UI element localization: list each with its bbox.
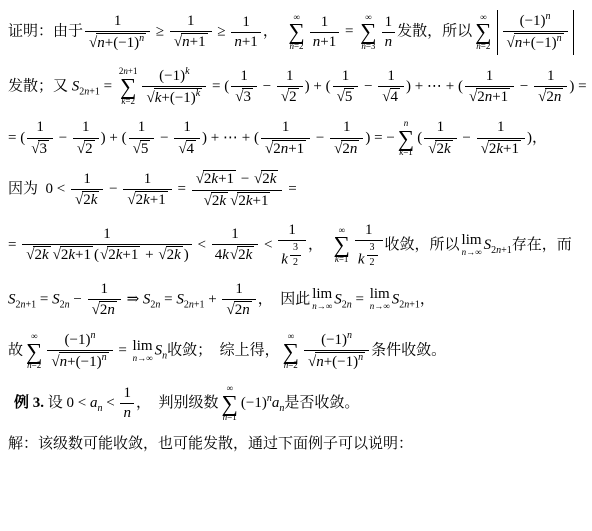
numerator: 1 <box>120 385 134 404</box>
radicand: 2n <box>234 301 252 319</box>
radicand: 2k <box>435 140 452 158</box>
numerator: 1 <box>85 13 150 32</box>
denominator: √2 <box>73 139 99 158</box>
summation: ∞∑k=1 <box>333 226 349 265</box>
sqrt: √3 <box>31 140 49 158</box>
denominator: √4 <box>174 139 200 158</box>
variable: k <box>281 251 288 267</box>
radicand: n+1 <box>181 33 207 51</box>
sqrt: √2k <box>254 170 278 188</box>
radicand: 2 <box>84 140 95 158</box>
variable: n <box>139 33 144 44</box>
summation: ∞∑n=1 <box>221 384 237 423</box>
radicand: 4 <box>186 140 197 158</box>
superscript: k <box>185 66 189 77</box>
variable: n <box>123 405 131 421</box>
variable: n <box>27 360 32 370</box>
radicand: 3 <box>242 88 253 106</box>
sqrt: √5 <box>133 140 151 158</box>
sqrt: √2k+1 <box>100 246 140 264</box>
numerator: 1 <box>465 68 514 87</box>
denominator: √2 <box>277 87 303 106</box>
radicand: 2k+1 <box>203 170 236 188</box>
radicand: 2k <box>166 246 183 264</box>
numerator: 1 <box>277 68 303 87</box>
denominator: √n+(−1)n <box>47 351 112 371</box>
denominator: √2n <box>88 300 121 319</box>
sigma-icon: ∑ <box>360 22 376 42</box>
fraction: 1√2k <box>424 119 456 158</box>
fraction: √2k+1 − √2k√2k√2k+1 <box>192 170 283 210</box>
variable: k <box>246 247 253 263</box>
proof-line-1: 证明：由于1√n+(−1)n ≥ 1√n+1 ≥ 1n+1， ∞∑n=21n+1… <box>8 10 586 55</box>
radicand: n+(−1)n <box>59 352 109 371</box>
limit: limn→∞ <box>370 287 390 312</box>
radicand: 2n <box>545 88 563 106</box>
numerator: 1 <box>231 68 257 87</box>
variable: n <box>90 330 95 341</box>
numerator: 1 <box>129 119 155 138</box>
fraction: 1√n+(−1)n <box>85 13 150 53</box>
numerator: 3 <box>290 242 301 256</box>
fraction: 1√4 <box>174 119 200 158</box>
summation: ∞∑n=2 <box>283 332 299 371</box>
limit: limn→∞ <box>312 287 332 312</box>
fraction: 32 <box>367 242 378 268</box>
sigma-icon: ∑ <box>283 342 299 362</box>
sum-lower-limit: n=2 <box>476 42 490 52</box>
variable: n <box>133 353 138 363</box>
denominator: √2n <box>222 300 255 319</box>
radicand: 2n+1 <box>272 140 306 158</box>
document-page: 证明：由于1√n+(−1)n ≥ 1√n+1 ≥ 1n+1， ∞∑n=21n+1… <box>0 0 592 531</box>
fraction: 14k√2k <box>212 226 259 265</box>
sqrt: √2n <box>92 301 117 319</box>
radicand: 2n+1 <box>476 88 510 106</box>
variable: S <box>155 343 163 359</box>
sqrt: √2k+1 <box>127 191 167 209</box>
variable: k <box>211 171 218 187</box>
numerator: 1 <box>22 226 192 245</box>
radicand: 2k <box>211 192 228 210</box>
example3-solution-intro: 解：该级数可能收敛，也可能发散，通过下面例子可以说明： <box>8 435 586 454</box>
sigma-icon: ∑ <box>398 129 414 149</box>
subscript: n <box>97 403 102 414</box>
sqrt: √k+(−1)k <box>146 88 202 107</box>
subscript: 2n+1 <box>491 245 512 256</box>
numerator: 1 <box>378 68 404 87</box>
lim-subscript: n→∞ <box>370 302 390 312</box>
variable: n <box>370 301 375 311</box>
radicand: 2k+1 <box>107 246 140 264</box>
sqrt: √2n <box>538 88 563 106</box>
numerator: 1 <box>330 119 363 138</box>
fraction: 1n <box>382 14 396 52</box>
variable: k <box>335 254 339 264</box>
fraction: 1√2 <box>277 68 303 107</box>
summation: ∞∑n=2 <box>26 332 42 371</box>
denominator: √2k√2k+1(√2k+1 + √2k) <box>22 245 192 264</box>
fraction: 1√2k <box>71 171 103 210</box>
proof-line-3: = (1√3 − 1√2) + (1√5 − 1√4) + ⋯ + (1√2n+… <box>8 119 586 158</box>
sqrt: √2k+1 <box>230 192 270 210</box>
superscript: n <box>102 352 107 363</box>
numerator: 1 <box>424 119 456 138</box>
lim-label: lim <box>312 287 332 302</box>
radicand: 2k <box>82 191 99 209</box>
denominator: √2k√2k+1 <box>192 191 283 210</box>
numerator: 1 <box>382 14 396 33</box>
sqrt: √2n <box>334 140 359 158</box>
variable: k <box>42 247 49 263</box>
subscript: n <box>279 403 284 414</box>
denominator: n+1 <box>231 33 260 51</box>
sum-lower-limit: n=3 <box>361 42 375 52</box>
sqrt: √2k <box>230 246 254 264</box>
variable: k <box>444 141 451 157</box>
denominator: 4k√2k <box>212 245 259 264</box>
numerator: √2k+1 − √2k <box>192 170 283 190</box>
variable: k <box>155 90 162 106</box>
sqrt: √5 <box>337 88 355 106</box>
radicand: 5 <box>140 140 151 158</box>
denominator: √n+(−1)n <box>85 32 150 52</box>
variable: k <box>270 171 277 187</box>
summation: 2n+1∑k=2 <box>119 67 138 106</box>
numerator: (−1)k <box>142 67 206 87</box>
subscript: 2n+1 <box>16 299 37 310</box>
radicand: n+(−1)n <box>315 352 365 371</box>
bold-text: 例 3. <box>14 395 44 411</box>
sqrt: √3 <box>235 88 253 106</box>
variable: k <box>116 247 123 263</box>
variable: k <box>496 141 503 157</box>
denominator: √n+1 <box>170 32 212 51</box>
numerator: 3 <box>367 242 378 256</box>
sqrt: √4 <box>178 140 196 158</box>
variable: n <box>350 141 358 157</box>
lim-subscript: n→∞ <box>312 302 332 312</box>
fraction: 1√2n <box>534 68 567 107</box>
radicand: 2k <box>237 246 254 264</box>
variable: k <box>246 193 253 209</box>
denominator: k32 <box>278 241 306 269</box>
variable: n <box>60 354 68 370</box>
summation: ∞∑n=2 <box>475 13 491 52</box>
radicand: 2k <box>33 246 50 264</box>
numerator: 1 <box>222 281 255 300</box>
variable: n <box>313 34 321 50</box>
variable: k <box>219 193 226 209</box>
variable: S <box>52 291 60 307</box>
sigma-icon: ∑ <box>288 22 304 42</box>
superscript: k <box>196 88 200 99</box>
fraction: (−1)k√k+(−1)k <box>142 67 206 108</box>
denominator: 2 <box>290 256 301 269</box>
numerator: 1 <box>231 14 260 33</box>
variable: k <box>222 247 229 263</box>
variable: k <box>91 192 98 208</box>
sqrt: √4 <box>382 88 400 106</box>
fraction: (−1)n√n+(−1)n <box>304 331 369 372</box>
lim-label: lim <box>370 287 390 302</box>
variable: n <box>97 403 102 414</box>
superscript: 32 <box>288 249 303 260</box>
sqrt: √2n+1 <box>265 140 306 158</box>
fraction: 1√2n+1 <box>465 68 514 107</box>
variable: k <box>358 251 365 267</box>
fraction: 1√2 <box>73 119 99 158</box>
sum-lower-limit: n=2 <box>284 361 298 371</box>
variable: k <box>143 192 150 208</box>
fraction: 1√2k√2k+1(√2k+1 + √2k) <box>22 226 192 265</box>
variable: n <box>312 301 317 311</box>
sum-lower-limit: n=2 <box>289 42 303 52</box>
denominator: √2k+1 <box>123 190 171 209</box>
lim-label: lim <box>462 233 482 248</box>
denominator: √5 <box>129 139 155 158</box>
proof-line-5: = 1√2k√2k+1(√2k+1 + √2k) < 14k√2k < 1k32… <box>8 222 586 269</box>
sqrt: √n+1 <box>174 33 208 51</box>
variable: S <box>484 237 492 253</box>
sigma-icon: ∑ <box>26 342 42 362</box>
denominator: √2n <box>330 139 363 158</box>
fraction: 1√2n <box>88 281 121 320</box>
sqrt: √2n+1 <box>469 88 510 106</box>
variable: n <box>107 302 115 318</box>
variable: n <box>316 354 324 370</box>
variable: n <box>65 299 70 310</box>
numerator: 1 <box>71 171 103 190</box>
numerator: 1 <box>310 14 339 33</box>
variable: k <box>121 96 125 106</box>
denominator: k32 <box>355 241 383 269</box>
denominator: √3 <box>27 139 53 158</box>
numerator: 1 <box>73 119 99 138</box>
variable: n <box>234 34 242 50</box>
subscript: 2n <box>60 299 70 310</box>
variable: n <box>557 33 562 44</box>
sqrt: √2 <box>77 140 95 158</box>
sqrt: √2k+1 <box>481 140 521 158</box>
fraction: 1√3 <box>27 119 53 158</box>
numerator: 1 <box>212 226 259 245</box>
fraction: 1k32 <box>355 222 383 269</box>
denominator: √2k+1 <box>477 139 525 158</box>
radicand: n+(−1)n <box>96 33 146 52</box>
subscript: 2n <box>342 299 352 310</box>
absolute-value: (−1)n√n+(−1)n <box>497 10 574 55</box>
variable: n <box>347 299 352 310</box>
fraction: 1n <box>120 385 134 423</box>
numerator: 1 <box>27 119 53 138</box>
denominator: √k+(−1)k <box>142 87 206 107</box>
numerator: 1 <box>477 119 525 138</box>
variable: n <box>162 351 167 362</box>
denominator: 2 <box>367 256 378 269</box>
summation: n∑k=1 <box>398 119 414 158</box>
sqrt: √2k+1 <box>53 246 93 264</box>
numerator: 1 <box>355 222 383 241</box>
radicand: n+(−1)n <box>514 33 564 52</box>
denominator: √2k <box>424 139 456 158</box>
variable: n <box>189 299 194 310</box>
sqrt: √2k <box>75 191 99 209</box>
numerator: (−1)n <box>503 12 568 32</box>
sum-lower-limit: k=1 <box>399 148 413 158</box>
sum-lower-limit: k=1 <box>335 255 349 265</box>
variable: n <box>289 41 294 51</box>
proof-line-7: 故∞∑n=2(−1)n√n+(−1)n = limn→∞Sn收敛； 综上得，∞∑… <box>8 331 586 372</box>
variable: k <box>68 247 75 263</box>
radicand: 2k+1 <box>60 246 93 264</box>
numerator: (−1)n <box>304 331 369 351</box>
numerator: 1 <box>123 171 171 190</box>
sqrt: √n+(−1)n <box>51 352 108 371</box>
sqrt: √n+(−1)n <box>308 352 365 371</box>
radicand: 2k+1 <box>135 191 168 209</box>
lim-subscript: n→∞ <box>133 354 153 364</box>
fraction: (−1)n√n+(−1)n <box>503 12 568 53</box>
sum-lower-limit: n=2 <box>27 361 41 371</box>
fraction: 1√5 <box>129 119 155 158</box>
sqrt: √2 <box>281 88 299 106</box>
variable: k <box>196 88 200 99</box>
superscript: n <box>347 330 352 341</box>
fraction: 1n+1 <box>310 14 339 52</box>
variable: n <box>462 247 467 257</box>
sigma-icon: ∑ <box>475 22 491 42</box>
sigma-icon: ∑ <box>120 77 136 97</box>
radicand: 5 <box>344 88 355 106</box>
variable: k <box>174 247 181 263</box>
variable: n <box>496 245 501 256</box>
subscript: 2n+1 <box>184 299 205 310</box>
lim-subscript: n→∞ <box>462 248 482 258</box>
denominator: √2k <box>71 190 103 209</box>
superscript: n <box>358 352 363 363</box>
denominator: √4 <box>378 87 404 106</box>
sqrt: √2k <box>428 140 452 158</box>
denominator: √n+(−1)n <box>503 32 568 52</box>
superscript: n <box>90 330 95 341</box>
variable: n <box>385 34 393 50</box>
variable: k <box>399 147 403 157</box>
sqrt: √2k <box>204 192 228 210</box>
numerator: 1 <box>278 222 306 241</box>
sum-lower-limit: n=1 <box>223 413 237 423</box>
sqrt: √n+(−1)n <box>89 33 146 52</box>
sqrt: √2n <box>226 301 251 319</box>
variable: n <box>284 360 289 370</box>
superscript: n <box>557 33 562 44</box>
radicand: 2 <box>288 88 299 106</box>
denominator: √2n <box>534 87 567 106</box>
limit: limn→∞ <box>462 233 482 258</box>
limit: limn→∞ <box>133 339 153 364</box>
superscript: n <box>139 33 144 44</box>
fraction: 1√3 <box>231 68 257 107</box>
variable: n <box>361 41 366 51</box>
variable: n <box>476 41 481 51</box>
denominator: n+1 <box>310 33 339 51</box>
summation: ∞∑n=3 <box>360 13 376 52</box>
radicand: 4 <box>390 88 401 106</box>
numerator: (−1)n <box>47 331 112 351</box>
fraction: (−1)n√n+(−1)n <box>47 331 112 372</box>
proof-line-2: 发散；又 S2n+1 = 2n+1∑k=2(−1)k√k+(−1)k = (1√… <box>8 67 586 108</box>
fraction: 1√2n+1 <box>261 119 310 158</box>
variable: n <box>97 35 105 51</box>
denominator: n <box>382 33 396 51</box>
variable: n <box>242 302 250 318</box>
variable: n <box>347 330 352 341</box>
variable: n <box>515 35 523 51</box>
fraction: 1√5 <box>333 68 359 107</box>
variable: n <box>21 299 26 310</box>
variable: S <box>8 291 16 307</box>
subscript: 2n+1 <box>399 299 420 310</box>
radicand: k+(−1)k <box>154 88 203 107</box>
numerator: 1 <box>174 119 200 138</box>
denominator: √5 <box>333 87 359 106</box>
variable: n <box>223 412 228 422</box>
fraction: 1√2k+1 <box>123 171 171 210</box>
radicand: 2k+1 <box>488 140 521 158</box>
example3-problem: 例 3. 设 0 < an < 1n， 判别级数∞∑n=1(−1)nan是否收敛… <box>8 384 586 423</box>
numerator: 1 <box>333 68 359 87</box>
variable: n <box>404 299 409 310</box>
sqrt: √n+(−1)n <box>507 33 564 52</box>
sigma-icon: ∑ <box>333 235 349 255</box>
superscript: 32 <box>365 249 380 260</box>
superscript: n <box>546 11 551 22</box>
variable: k <box>185 66 189 77</box>
radicand: 2n <box>341 140 359 158</box>
subscript: 2n <box>150 299 160 310</box>
variable: n <box>102 352 107 363</box>
variable: S <box>176 291 184 307</box>
variable: n <box>485 89 493 105</box>
sigma-icon: ∑ <box>221 394 237 414</box>
subscript: 2n+1 <box>79 86 100 97</box>
variable: n <box>281 141 289 157</box>
variable: n <box>279 403 284 414</box>
fraction: 1√4 <box>378 68 404 107</box>
variable: n <box>358 352 363 363</box>
numerator: 1 <box>88 281 121 300</box>
radicand: 3 <box>38 140 49 158</box>
denominator: √2n+1 <box>465 87 514 106</box>
fraction: 32 <box>290 242 301 268</box>
variable: n <box>84 86 89 97</box>
numerator: 1 <box>534 68 567 87</box>
proof-line-4: 因为 0 < 1√2k − 1√2k+1 = √2k+1 − √2k√2k√2k… <box>8 170 586 210</box>
fraction: 1√2k+1 <box>477 119 525 158</box>
sqrt: √2k <box>158 246 182 264</box>
variable: S <box>334 291 342 307</box>
lim-label: lim <box>133 339 153 354</box>
sqrt: √2k <box>26 246 50 264</box>
denominator: √n+(−1)n <box>304 351 369 371</box>
fraction: 1√n+1 <box>170 13 212 52</box>
subscript: n <box>162 351 167 362</box>
fraction: 1n+1 <box>231 14 260 52</box>
radicand: 2n <box>99 301 117 319</box>
numerator: 1 <box>170 13 212 32</box>
denominator: √2n+1 <box>261 139 310 158</box>
proof-line-6: S2n+1 = S2n − 1√2n ⇒ S2n = S2n+1 + 1√2n，… <box>8 281 586 320</box>
